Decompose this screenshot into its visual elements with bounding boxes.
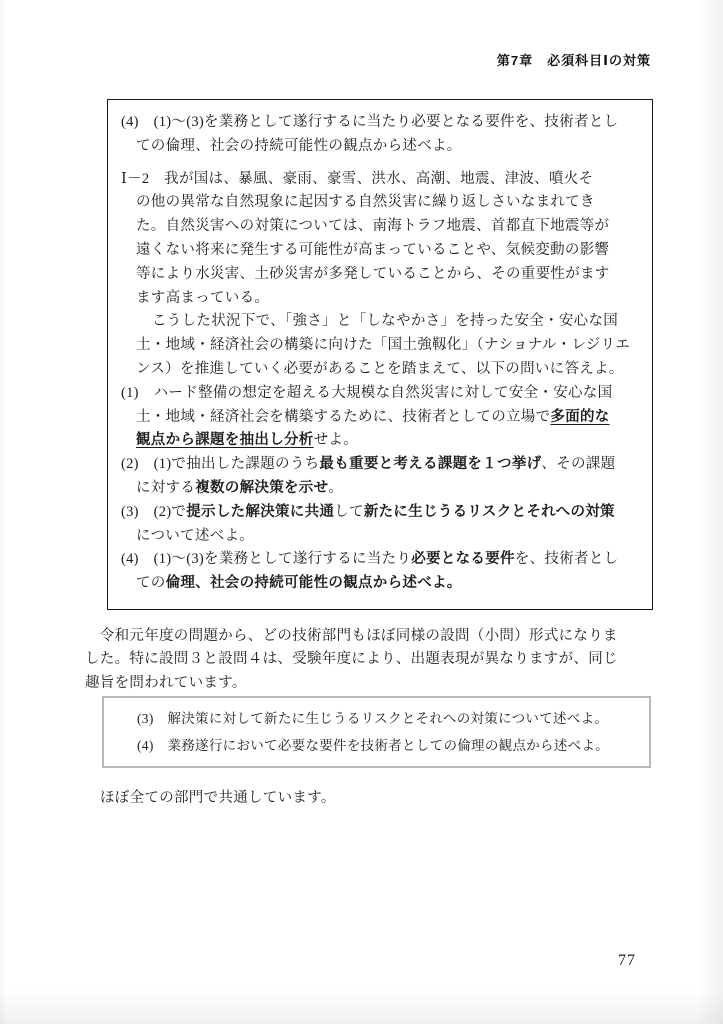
text-segment: 土・地域・経済社会の構築に向けた「国土強靱化」（ナショナル・レジリエ xyxy=(136,337,630,353)
text-segment: ンス）を推進していく必要があることを踏まえて、以下の問いに答えよ。 xyxy=(136,361,624,377)
text-segment: こうした状況下で、「強さ」と「しなやかさ」を持った安全・安心な国 xyxy=(152,313,618,329)
text-line: ての倫理、社会の持続可能性の観点から述べよ。 xyxy=(121,135,639,159)
text-segment: (4) (1)～(3)を業務として遂行するに当たり必要となる要件を、技術者とし xyxy=(121,114,618,130)
text-line: (3) 解決策に対して新たに生じうるリスクとそれへの対策について述べよ。 xyxy=(137,706,641,733)
text-line: (3) (2)で提示した解決策に共通して新たに生じうるリスクとそれへの対策 xyxy=(121,501,639,525)
text-segment: ての倫理、社会の持続可能性の観点から述べよ。 xyxy=(136,138,462,154)
book-page: 第7章 必須科目Ⅰの対策 (4) (1)～(3)を業務として遂行するに当たり必要… xyxy=(0,0,723,1024)
text-segment: して xyxy=(334,504,364,520)
text-segment: 遠くない将来に発生する可能性が高まっていることや、気候変動の影響 xyxy=(136,242,609,258)
text-segment: Ⅰ－2 我が国は、暴風、豪雨、豪雪、洪水、高潮、地震、津波、噴火そ xyxy=(121,171,593,187)
text-line: (4) (1)～(3)を業務として遂行するに当たり必要となる要件を、技術者とし xyxy=(121,111,639,135)
text-segment: 倫理、社会の持続可能性の観点から述べよ。 xyxy=(166,575,462,591)
text-segment: (3) 解決策に対して新たに生じうるリスクとそれへの対策について述べよ。 xyxy=(137,711,608,726)
text-segment: ます高まっている。 xyxy=(136,290,269,306)
text-line: 趣旨を問われています。 xyxy=(85,672,655,695)
text-line: Ⅰ－2 我が国は、暴風、豪雨、豪雪、洪水、高潮、地震、津波、噴火そ xyxy=(121,168,639,192)
text-segment: 多面的な xyxy=(550,409,609,425)
text-line: 遠くない将来に発生する可能性が高まっていることや、気候変動の影響 xyxy=(121,239,639,263)
text-line: ンス）を推進していく必要があることを踏まえて、以下の問いに答えよ。 xyxy=(121,358,639,382)
text-line: 土・地域・経済社会の構築に向けた「国土強靱化」（ナショナル・レジリエ xyxy=(121,334,639,358)
text-segment: ての xyxy=(136,575,166,591)
text-line: 観点から課題を抽出し分析せよ。 xyxy=(121,429,639,453)
text-segment: について述べよ。 xyxy=(136,528,254,544)
text-segment: に対する xyxy=(136,480,195,496)
text-line: について述べよ。 xyxy=(121,525,639,549)
text-segment: 、その課題 xyxy=(541,456,615,472)
text-segment: 。 xyxy=(328,480,343,496)
text-line: ての倫理、社会の持続可能性の観点から述べよ。 xyxy=(121,572,639,596)
text-segment: (4) 業務遂行において必要な要件を技術者としての倫理の観点から述べよ。 xyxy=(137,738,609,753)
text-segment: の他の異常な自然現象に起因する自然災害に繰り返しさいなまれてき xyxy=(136,194,595,210)
text-line: (1) ハード整備の想定を超える大規模な自然災害に対して安全・安心な国 xyxy=(121,382,639,406)
text-segment: 土・地域・経済社会を構築するために、技術者としての立場で xyxy=(136,409,550,425)
text-segment: (2) (1)で抽出した課題のうち xyxy=(121,456,319,472)
text-line: (4) 業務遂行において必要な要件を技術者としての倫理の観点から述べよ。 xyxy=(137,733,641,760)
text-segment: 観点から課題を抽出し分析 xyxy=(136,432,314,448)
text-segment: 最も重要と考える課題を１つ挙げ xyxy=(319,456,541,472)
text-segment: 複数の解決策を示せ xyxy=(195,480,328,496)
text-line: た。自然災害への対策については、南海トラフ地震、首都直下地震等が xyxy=(121,215,639,239)
text-line: (4) (1)～(3)を業務として遂行するに当たり必要となる要件を、技術者とし xyxy=(121,548,639,572)
text-segment: た。自然災害への対策については、南海トラフ地震、首都直下地震等が xyxy=(136,218,609,234)
commentary-paragraph: 令和元年度の問題から、どの技術部門もほぼ同様の設問（小問）形式になりました。特に… xyxy=(85,625,655,695)
text-line: 令和元年度の問題から、どの技術部門もほぼ同様の設問（小問）形式になりま xyxy=(85,625,655,648)
text-segment: を、技術者とし xyxy=(515,551,619,567)
closing-line: ほぼ全ての部門で共通しています。 xyxy=(100,786,336,807)
chapter-header: 第7章 必須科目Ⅰの対策 xyxy=(497,50,651,69)
text-line: ます高まっている。 xyxy=(121,287,639,311)
text-segment: (3) (2)で xyxy=(121,504,186,520)
text-segment: 必要となる要件 xyxy=(411,551,515,567)
excerpt-box: (3) 解決策に対して新たに生じうるリスクとそれへの対策について述べよ。(4) … xyxy=(102,696,651,768)
text-line: 土・地域・経済社会を構築するために、技術者としての立場で多面的な xyxy=(121,406,639,430)
text-segment: 令和元年度の問題から、どの技術部門もほぼ同様の設問（小問）形式になりま xyxy=(85,628,618,644)
text-line: 等により水災害、土砂災害が多発していることから、その重要性がます xyxy=(121,263,639,287)
text-line: の他の異常な自然現象に起因する自然災害に繰り返しさいなまれてき xyxy=(121,191,639,215)
text-segment: せよ。 xyxy=(314,432,358,448)
text-segment: 趣旨を問われています。 xyxy=(85,675,247,691)
text-segment: (1) ハード整備の想定を超える大規模な自然災害に対して安全・安心な国 xyxy=(121,385,612,401)
text-line: (2) (1)で抽出した課題のうち最も重要と考える課題を１つ挙げ、その課題 xyxy=(121,453,639,477)
text-line: した。特に設問３と設問４は、受験年度により、出題表現が異なりますが、同じ xyxy=(85,648,655,671)
text-line: に対する複数の解決策を示せ。 xyxy=(121,477,639,501)
text-segment: した。特に設問３と設問４は、受験年度により、出題表現が異なりますが、同じ xyxy=(85,651,618,667)
text-segment: 等により水災害、土砂災害が多発していることから、その重要性がます xyxy=(136,266,610,282)
text-line: こうした状況下で、「強さ」と「しなやかさ」を持った安全・安心な国 xyxy=(121,310,639,334)
text-segment: 新たに生じうるリスクとそれへの対策 xyxy=(364,504,615,520)
text-segment: (4) (1)～(3)を業務として遂行するに当たり xyxy=(121,551,411,567)
question-box: (4) (1)～(3)を業務として遂行するに当たり必要となる要件を、技術者として… xyxy=(107,99,653,610)
page-number: 77 xyxy=(618,952,636,970)
text-segment: 提示した解決策に共通 xyxy=(186,504,334,520)
